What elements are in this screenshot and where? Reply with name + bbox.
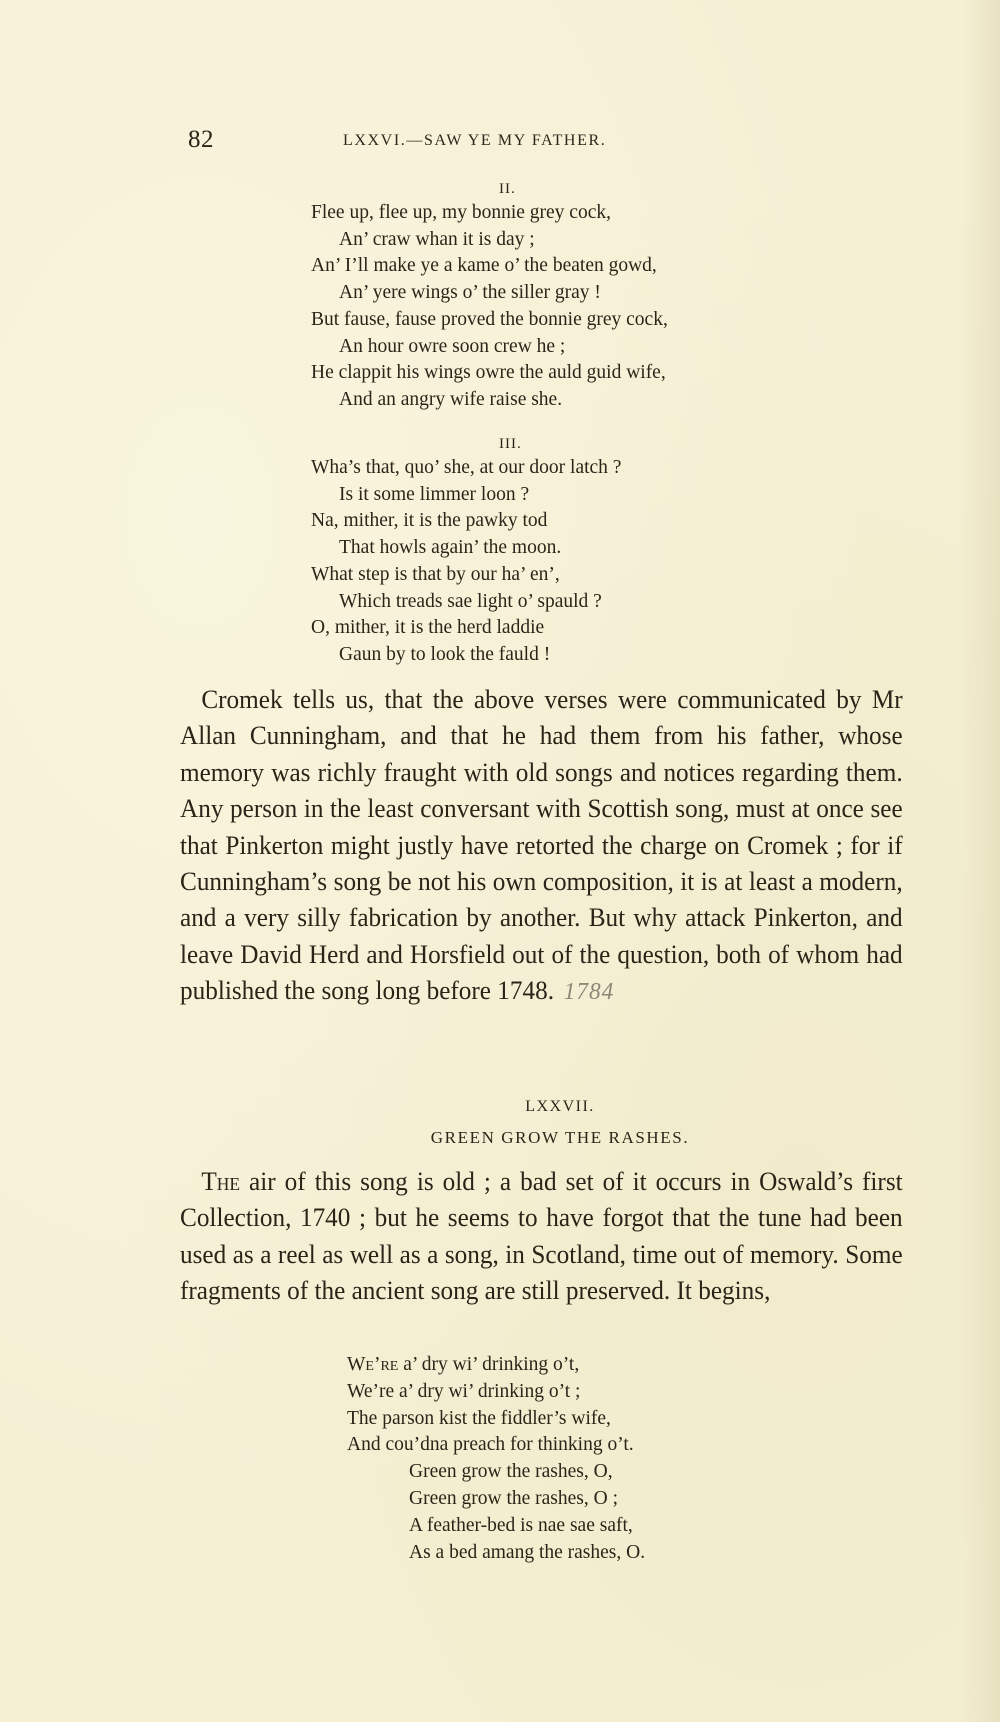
stanza-3: III. Wha’s that, quo’ she, at our door l… [311,433,621,669]
verse-line: That howls again’ the moon. [311,535,621,562]
running-head: 82 LXXVI.—SAW YE MY FATHER. [188,126,948,156]
commentary: Cromek tells us, that the above verses w… [180,682,903,1011]
verse-line: Wha’s that, quo’ she, at our door latch … [311,455,621,482]
section-number: LXXVII. [180,1098,940,1116]
verse-line: And an angry wife raise she. [311,387,668,414]
section-heading: LXXVII. GREEN GROW THE RASHES. [180,1098,940,1148]
verse-line: What step is that by our ha’ en’, [311,562,621,589]
verse-line: He clappit his wings owre the auld guid … [311,360,668,387]
verse-line: O, mither, it is the herd laddie [311,615,621,642]
lead-word: We’re [347,1354,398,1375]
song-line: We’re a’ dry wi’ drinking o’t ; [347,1379,645,1406]
song-fragment: We’re a’ dry wi’ drinking o’t, We’re a’ … [347,1352,645,1566]
book-page: 82 LXXVI.—SAW YE MY FATHER. II. Flee up,… [0,0,1000,1722]
chorus-line: Green grow the rashes, O, [347,1459,645,1486]
running-title: LXXVI.—SAW YE MY FATHER. [343,132,606,150]
verse-line: An’ yere wings o’ the siller gray ! [311,280,668,307]
intro-text: air of this song is old ; a bad set of i… [180,1167,903,1305]
stanza-number: II. [311,178,668,200]
section-intro: The air of this song is old ; a bad set … [180,1164,903,1310]
stanza-2: II. Flee up, flee up, my bonnie grey coc… [311,178,668,414]
commentary-text: Cromek tells us, that the above verses w… [180,685,903,1005]
section-title: GREEN GROW THE RASHES. [180,1128,940,1148]
chorus-line: Green grow the rashes, O ; [347,1486,645,1513]
commentary-paragraph: Cromek tells us, that the above verses w… [180,682,903,1011]
song-line: And cou’dna preach for thinking o’t. [347,1432,645,1459]
verse-line: Na, mither, it is the pawky tod [311,508,621,535]
song-line: We’re a’ dry wi’ drinking o’t, [347,1352,645,1379]
chorus-line: As a bed amang the rashes, O. [347,1540,645,1567]
verse-line: An hour owre soon crew he ; [311,334,668,361]
verse-line: Flee up, flee up, my bonnie grey cock, [311,200,668,227]
verse-line: Gaun by to look the fauld ! [311,642,621,669]
verse-line: An’ I’ll make ye a kame o’ the beaten go… [311,253,668,280]
chorus-line: A feather-bed is nae sae saft, [347,1513,645,1540]
stanza-number: III. [311,433,621,455]
verse-line: Which treads sae light o’ spauld ? [311,589,621,616]
verse-line: But fause, fause proved the bonnie grey … [311,307,668,334]
verse-line: Is it some limmer loon ? [311,482,621,509]
pencil-annotation: 1784 [564,979,614,1005]
lead-word: The [201,1167,240,1196]
song-line: The parson kist the fiddler’s wife, [347,1406,645,1433]
verse-line: An’ craw whan it is day ; [311,227,668,254]
intro-paragraph: The air of this song is old ; a bad set … [180,1164,903,1310]
page-number: 82 [188,126,214,154]
